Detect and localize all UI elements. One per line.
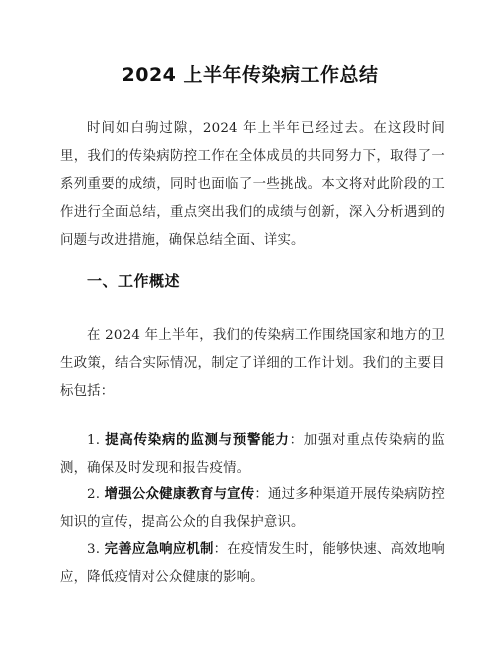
list-item-title: 提高传染病的监测与预警能力 bbox=[105, 433, 289, 448]
document-page: 2024 上半年传染病工作总结 时间如白驹过隙，2024 年上半年已经过去。在这… bbox=[0, 0, 500, 647]
list-item-number: 3. bbox=[87, 542, 105, 557]
list-item: 1. 提高传染病的监测与预警能力：加强对重点传染病的监测，确保及时发现和报告疫情… bbox=[60, 427, 445, 483]
list-item-separator: ： bbox=[214, 542, 228, 557]
intro-paragraph: 时间如白驹过隙，2024 年上半年已经过去。在这段时间里，我们的传染病防控工作在… bbox=[60, 115, 445, 255]
list-item-title: 完善应急响应机制 bbox=[105, 542, 214, 557]
section-heading: 一、工作概述 bbox=[87, 270, 180, 291]
list-item: 2. 增强公众健康教育与宣传：通过多种渠道开展传染病防控知识的宣传，提高公众的自… bbox=[60, 481, 445, 537]
list-item-title: 增强公众健康教育与宣传 bbox=[105, 487, 255, 502]
list-item-separator: ： bbox=[290, 433, 304, 448]
document-title: 2024 上半年传染病工作总结 bbox=[0, 60, 500, 87]
list-item-separator: ： bbox=[254, 487, 268, 502]
list-item-number: 2. bbox=[87, 487, 105, 502]
list-item: 3. 完善应急响应机制：在疫情发生时，能够快速、高效地响应，降低疫情对公众健康的… bbox=[60, 536, 445, 592]
list-item-number: 1. bbox=[87, 433, 105, 448]
section-paragraph: 在 2024 年上半年，我们的传染病工作围绕国家和地方的卫生政策，结合实际情况，… bbox=[60, 322, 445, 406]
